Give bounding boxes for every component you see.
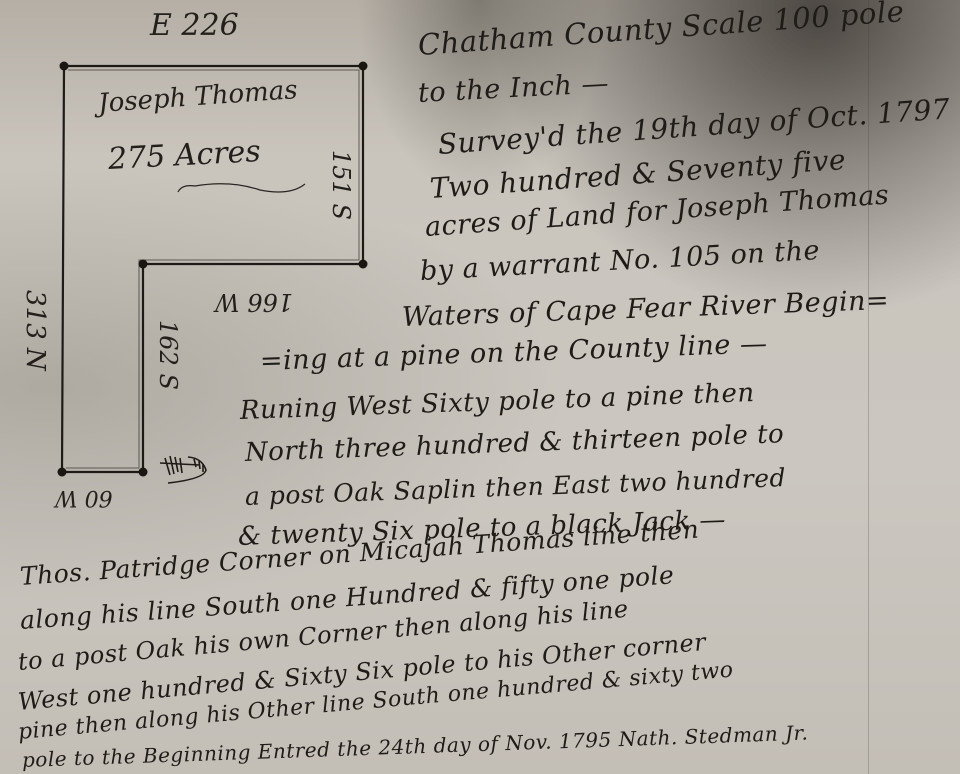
pine-tree-icon — [160, 456, 206, 483]
edge-label-inner: 162 S — [154, 320, 182, 390]
corner-marker — [359, 62, 368, 71]
corner-marker — [139, 260, 148, 269]
corner-marker — [58, 468, 67, 477]
corner-marker — [60, 62, 69, 71]
corner-marker — [359, 260, 368, 269]
edge-label-south: 60 W — [55, 485, 113, 510]
edge-label-step: 166 W — [215, 288, 293, 316]
edge-label-east: 151 S — [327, 150, 355, 220]
corner-marker — [139, 468, 148, 477]
document-page: E 226 Joseph Thomas 275 Acres 151 S 166 … — [0, 0, 960, 774]
edge-label-west: 313 N — [20, 290, 50, 371]
file-label: E 226 — [150, 8, 239, 43]
